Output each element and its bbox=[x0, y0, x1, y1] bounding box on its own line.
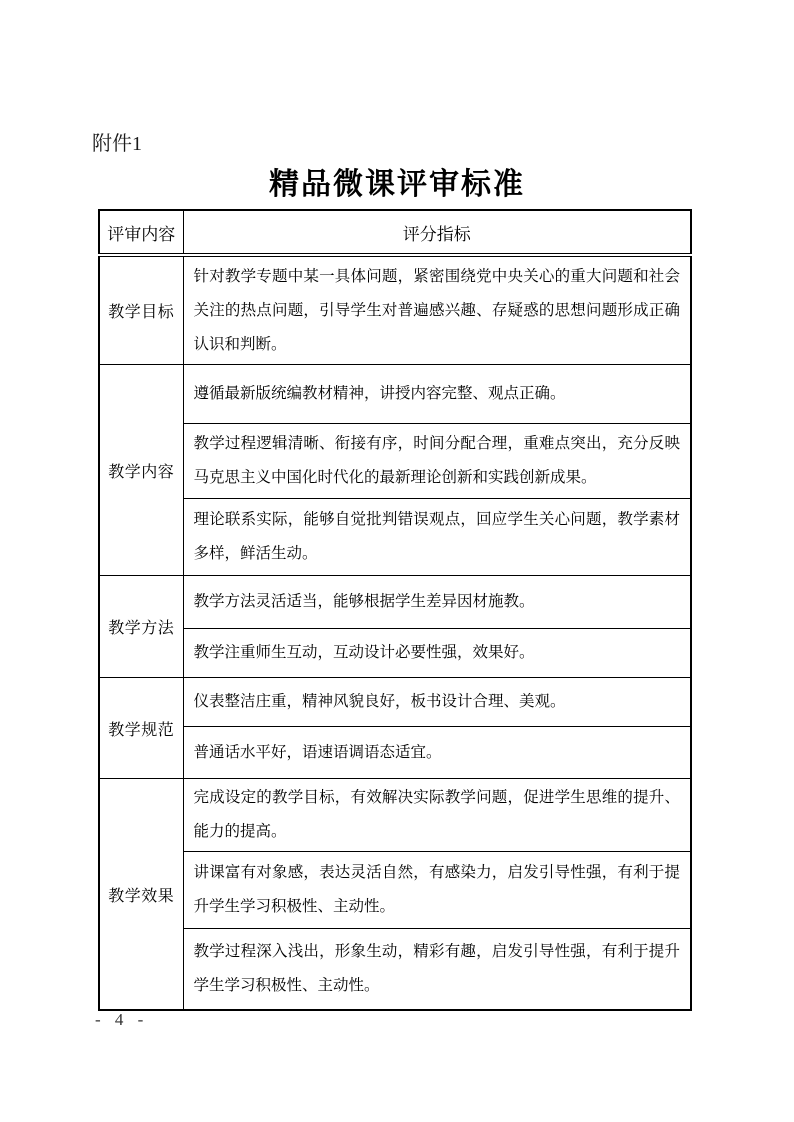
section-label-teaching-standards: 教学规范 bbox=[99, 678, 183, 779]
table-row: 讲课富有对象感，表达灵活自然，有感染力，启发引导性强，有利于提升学生学习积极性、… bbox=[99, 852, 691, 929]
criteria-text: 教学方法灵活适当，能够根据学生差异因材施教。 bbox=[183, 576, 691, 629]
section-label-teaching-content: 教学内容 bbox=[99, 365, 183, 576]
criteria-text: 讲课富有对象感，表达灵活自然，有感染力，启发引导性强，有利于提升学生学习积极性、… bbox=[183, 852, 691, 929]
criteria-text: 仪表整洁庄重，精神风貌良好，板书设计合理、美观。 bbox=[183, 678, 691, 727]
criteria-text: 完成设定的教学目标，有效解决实际教学问题，促进学生思维的提升、能力的提高。 bbox=[183, 779, 691, 852]
table-row: 教学注重师生互动，互动设计必要性强，效果好。 bbox=[99, 629, 691, 678]
criteria-text: 理论联系实际，能够自觉批判错误观点，回应学生关心问题，教学素材多样，鲜活生动。 bbox=[183, 499, 691, 576]
column-header-scoring-indicator: 评分指标 bbox=[183, 210, 691, 255]
criteria-text: 教学过程深入浅出，形象生动，精彩有趣，启发引导性强，有利于提升学生学习积极性、主… bbox=[183, 929, 691, 1011]
table-row: 普通话水平好，语速语调语态适宜。 bbox=[99, 727, 691, 779]
criteria-text: 教学过程逻辑清晰、衔接有序，时间分配合理，重难点突出，充分反映马克思主义中国化时… bbox=[183, 424, 691, 499]
table-row: 教学效果 完成设定的教学目标，有效解决实际教学问题，促进学生思维的提升、能力的提… bbox=[99, 779, 691, 852]
criteria-text: 遵循最新版统编教材精神，讲授内容完整、观点正确。 bbox=[183, 365, 691, 424]
document-page: 附件1 精品微课评审标准 评审内容 评分指标 教学目标 针对教学专题中某一具体问… bbox=[0, 0, 794, 1122]
section-label-teaching-methods: 教学方法 bbox=[99, 576, 183, 678]
page-number: - 4 - bbox=[95, 1010, 148, 1030]
table-row: 教学过程逻辑清晰、衔接有序，时间分配合理，重难点突出，充分反映马克思主义中国化时… bbox=[99, 424, 691, 499]
table-row: 教学规范 仪表整洁庄重，精神风貌良好，板书设计合理、美观。 bbox=[99, 678, 691, 727]
section-label-teaching-objectives: 教学目标 bbox=[99, 255, 183, 365]
attachment-label: 附件1 bbox=[92, 132, 142, 156]
table-row: 教学过程深入浅出，形象生动，精彩有趣，启发引导性强，有利于提升学生学习积极性、主… bbox=[99, 929, 691, 1011]
page-title: 精品微课评审标准 bbox=[0, 166, 794, 204]
table-row: 理论联系实际，能够自觉批判错误观点，回应学生关心问题，教学素材多样，鲜活生动。 bbox=[99, 499, 691, 576]
table-header-row: 评审内容 评分指标 bbox=[99, 210, 691, 255]
section-label-teaching-effects: 教学效果 bbox=[99, 779, 183, 1011]
table-row: 教学内容 遵循最新版统编教材精神，讲授内容完整、观点正确。 bbox=[99, 365, 691, 424]
table-row: 教学目标 针对教学专题中某一具体问题，紧密围绕党中央关心的重大问题和社会关注的热… bbox=[99, 255, 691, 365]
review-standards-table: 评审内容 评分指标 教学目标 针对教学专题中某一具体问题，紧密围绕党中央关心的重… bbox=[98, 209, 692, 1011]
table-row: 教学方法 教学方法灵活适当，能够根据学生差异因材施教。 bbox=[99, 576, 691, 629]
criteria-text: 教学注重师生互动，互动设计必要性强，效果好。 bbox=[183, 629, 691, 678]
criteria-text: 普通话水平好，语速语调语态适宜。 bbox=[183, 727, 691, 779]
criteria-text: 针对教学专题中某一具体问题，紧密围绕党中央关心的重大问题和社会关注的热点问题，引… bbox=[183, 255, 691, 365]
column-header-review-content: 评审内容 bbox=[99, 210, 183, 255]
